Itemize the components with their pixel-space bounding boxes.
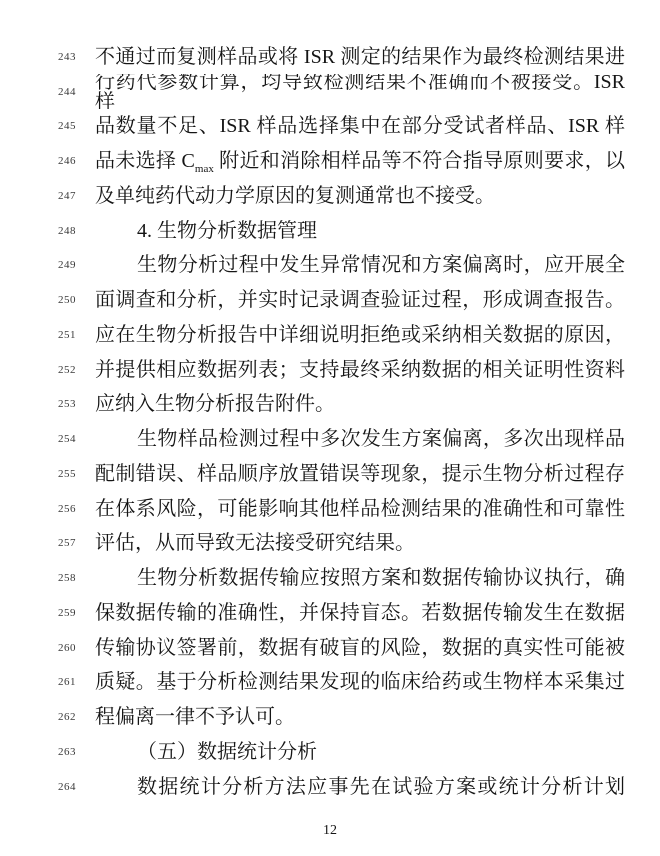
line-number: 247 [58, 190, 76, 202]
line-row: 257评估，从而导致无法接受研究结果。 [0, 526, 660, 561]
page-footer: 12 [0, 821, 660, 839]
line-text: 质疑。基于分析检测结果发现的临床给药或生物样本采集过 [95, 672, 625, 692]
line-row: 245品数量不足、ISR 样品选择集中在部分受试者样品、ISR 样 [0, 109, 660, 144]
line-row: 253应纳入生物分析报告附件。 [0, 387, 660, 422]
line-row: 244行药代参数计算，均导致检测结果不准确而不被接受。ISR 样 [0, 74, 660, 109]
line-row: 262程偏离一律不予认可。 [0, 700, 660, 735]
line-text: 传输协议签署前，数据有破盲的风险，数据的真实性可能被 [95, 638, 625, 658]
text-segment: 品未选择 C [95, 150, 195, 172]
line-text: 4. 生物分析数据管理 [95, 221, 625, 241]
text-segment: 附近和消除相样品等不符合指导原则要求，以 [214, 150, 625, 172]
line-text: 面调查和分析，并实时记录调查验证过程，形成调查报告。 [95, 290, 625, 310]
subscript-text: max [195, 163, 214, 175]
line-row: 263（五）数据统计分析 [0, 735, 660, 770]
line-number: 262 [58, 711, 76, 723]
line-text: 不通过而复测样品或将 ISR 测定的结果作为最终检测结果进 [95, 47, 625, 67]
line-number: 243 [58, 51, 76, 63]
line-row: 247及单纯药代动力学原因的复测通常也不接受。 [0, 179, 660, 214]
line-text: 应纳入生物分析报告附件。 [95, 394, 625, 414]
line-row: 254生物样品检测过程中多次发生方案偏离，多次出现样品 [0, 422, 660, 457]
line-text: 品未选择 Cmax 附近和消除相样品等不符合指导原则要求，以 [95, 151, 625, 171]
line-number: 263 [58, 746, 76, 758]
line-text: 生物分析过程中发生异常情况和方案偏离时，应开展全 [95, 255, 625, 275]
line-number: 256 [58, 503, 76, 515]
line-number: 253 [58, 398, 76, 410]
page-number: 12 [323, 823, 337, 838]
line-text: 行药代参数计算，均导致检测结果不准确而不被接受。ISR 样 [95, 74, 625, 109]
line-text: 并提供相应数据列表；支持最终采纳数据的相关证明性资料 [95, 360, 625, 380]
line-number: 257 [58, 537, 76, 549]
line-text: 程偏离一律不予认可。 [95, 707, 625, 727]
line-number: 258 [58, 572, 76, 584]
line-row: 260传输协议签署前，数据有破盲的风险，数据的真实性可能被 [0, 630, 660, 665]
line-text: 及单纯药代动力学原因的复测通常也不接受。 [95, 186, 625, 206]
line-number: 251 [58, 329, 76, 341]
line-row: 261质疑。基于分析检测结果发现的临床给药或生物样本采集过 [0, 665, 660, 700]
line-row: 259保数据传输的准确性，并保持盲态。若数据传输发生在数据 [0, 596, 660, 631]
line-number: 254 [58, 433, 76, 445]
line-row: 2484. 生物分析数据管理 [0, 213, 660, 248]
line-number: 252 [58, 364, 76, 376]
line-number: 261 [58, 676, 76, 688]
line-text: （五）数据统计分析 [95, 742, 625, 762]
line-text: 生物分析数据传输应按照方案和数据传输协议执行，确 [95, 568, 625, 588]
line-number: 248 [58, 225, 76, 237]
line-row: 252并提供相应数据列表；支持最终采纳数据的相关证明性资料 [0, 352, 660, 387]
line-row: 256在体系风险，可能影响其他样品检测结果的准确性和可靠性 [0, 491, 660, 526]
line-row: 249生物分析过程中发生异常情况和方案偏离时，应开展全 [0, 248, 660, 283]
line-number: 259 [58, 607, 76, 619]
line-row: 250面调查和分析，并实时记录调查验证过程，形成调查报告。 [0, 283, 660, 318]
line-number: 250 [58, 294, 76, 306]
line-text: 品数量不足、ISR 样品选择集中在部分受试者样品、ISR 样 [95, 116, 625, 136]
line-number: 255 [58, 468, 76, 480]
line-number: 245 [58, 120, 76, 132]
line-row: 255配制错误、样品顺序放置错误等现象，提示生物分析过程存 [0, 457, 660, 492]
line-row: 258生物分析数据传输应按照方案和数据传输协议执行，确 [0, 561, 660, 596]
line-row: 264数据统计分析方法应事先在试验方案或统计分析计划 [0, 769, 660, 804]
line-text: 配制错误、样品顺序放置错误等现象，提示生物分析过程存 [95, 464, 625, 484]
line-text: 生物样品检测过程中多次发生方案偏离，多次出现样品 [95, 429, 625, 449]
line-text: 在体系风险，可能影响其他样品检测结果的准确性和可靠性 [95, 499, 625, 519]
line-text: 数据统计分析方法应事先在试验方案或统计分析计划 [95, 777, 625, 797]
line-row: 251应在生物分析报告中详细说明拒绝或采纳相关数据的原因， [0, 318, 660, 353]
line-number: 260 [58, 642, 76, 654]
line-number: 264 [58, 781, 76, 793]
line-number: 249 [58, 259, 76, 271]
line-row: 246品未选择 Cmax 附近和消除相样品等不符合指导原则要求，以 [0, 144, 660, 179]
line-number: 246 [58, 155, 76, 167]
document-page: 243不通过而复测样品或将 ISR 测定的结果作为最终检测结果进244行药代参数… [0, 0, 660, 856]
line-text: 评估，从而导致无法接受研究结果。 [95, 533, 625, 553]
line-number: 244 [58, 86, 76, 98]
line-row: 243不通过而复测样品或将 ISR 测定的结果作为最终检测结果进 [0, 40, 660, 75]
line-text: 应在生物分析报告中详细说明拒绝或采纳相关数据的原因， [95, 325, 625, 345]
text-body: 243不通过而复测样品或将 ISR 测定的结果作为最终检测结果进244行药代参数… [0, 40, 660, 805]
line-text: 保数据传输的准确性，并保持盲态。若数据传输发生在数据 [95, 603, 625, 623]
